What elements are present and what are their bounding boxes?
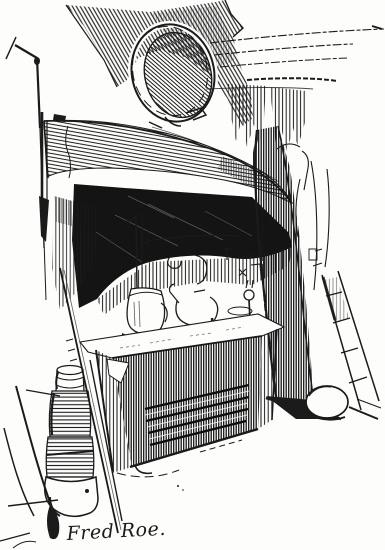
chimney-crane-bar <box>136 214 137 290</box>
ink-sketch-fireplace-interior: Fred Roe. <box>0 0 385 550</box>
artwork-canvas: Fred Roe. <box>0 0 385 550</box>
